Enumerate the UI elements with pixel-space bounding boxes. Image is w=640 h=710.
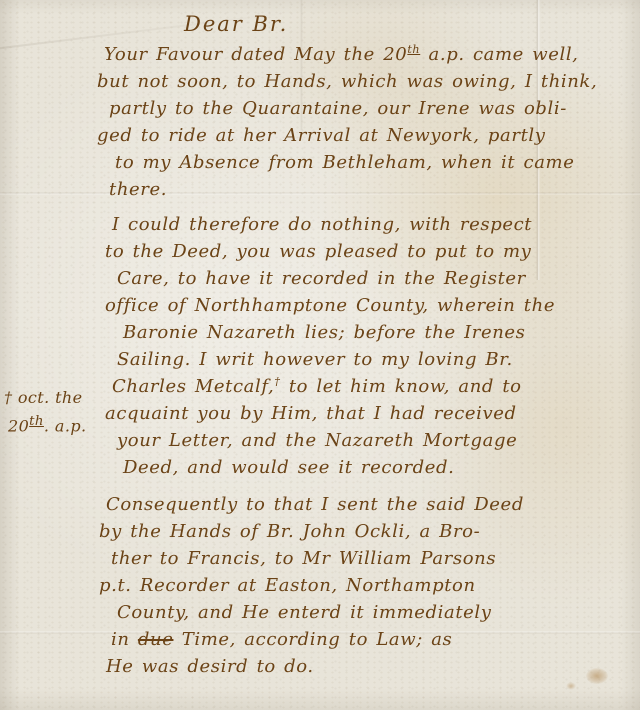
margin-annotation-line: † oct. the	[4, 386, 86, 410]
handwritten-line: Sailing. I writ however to my loving Br.	[117, 346, 640, 373]
handwritten-line: but not soon, to Hands, which was owing,…	[97, 68, 640, 95]
handwritten-line: I could therefore do nothing, with respe…	[112, 211, 640, 238]
margin-annotation-line: 20th. a.p.	[8, 410, 86, 438]
handwritten-line: Consequently to that I sent the said Dee…	[106, 491, 640, 518]
paragraph: Your Favour dated May the 20th a.p. came…	[104, 41, 640, 203]
margin-annotation: † oct. the 20th. a.p.	[4, 386, 86, 438]
handwritten-line: Deed, and would see it recorded.	[123, 454, 640, 481]
paragraph: I could therefore do nothing, with respe…	[112, 211, 640, 481]
handwritten-line: Baronie Nazareth lies; before the Irenes	[123, 319, 640, 346]
handwritten-line: County, and He enterd it immediately	[117, 599, 640, 626]
handwritten-line: office of Northhamptone County, wherein …	[105, 292, 640, 319]
handwritten-line: to the Deed, you was pleased to put to m…	[105, 238, 640, 265]
paragraph: Consequently to that I sent the said Dee…	[106, 491, 640, 680]
handwritten-line: in due Time, according to Law; as	[111, 626, 640, 653]
handwritten-line: Care, to have it recorded in the Registe…	[117, 265, 640, 292]
letter-body: Dear Br. Your Favour dated May the 20th …	[0, 8, 640, 680]
handwritten-line: your Letter, and the Nazareth Mortgage	[117, 427, 640, 454]
handwritten-line: He was desird to do.	[106, 653, 640, 680]
handwritten-line: ged to ride at her Arrival at Newyork, p…	[97, 122, 640, 149]
handwritten-line: acquaint you by Him, that I had received	[105, 400, 640, 427]
salutation: Dear Br.	[184, 12, 640, 36]
handwritten-line: partly to the Quarantaine, our Irene was…	[109, 95, 640, 122]
handwritten-line: ther to Francis, to Mr William Parsons	[111, 545, 640, 572]
handwritten-line: there.	[109, 176, 640, 203]
foxing-stain	[566, 682, 576, 690]
handwritten-line: Charles Metcalf,† to let him know, and t…	[112, 373, 640, 400]
handwritten-line: Your Favour dated May the 20th a.p. came…	[104, 41, 640, 68]
handwritten-line: by the Hands of Br. John Ockli, a Bro-	[99, 518, 640, 545]
handwritten-line: to my Absence from Bethleham, when it ca…	[115, 149, 640, 176]
handwritten-line: p.t. Recorder at Easton, Northampton	[99, 572, 640, 599]
letter-scan: Dear Br. Your Favour dated May the 20th …	[0, 0, 640, 710]
